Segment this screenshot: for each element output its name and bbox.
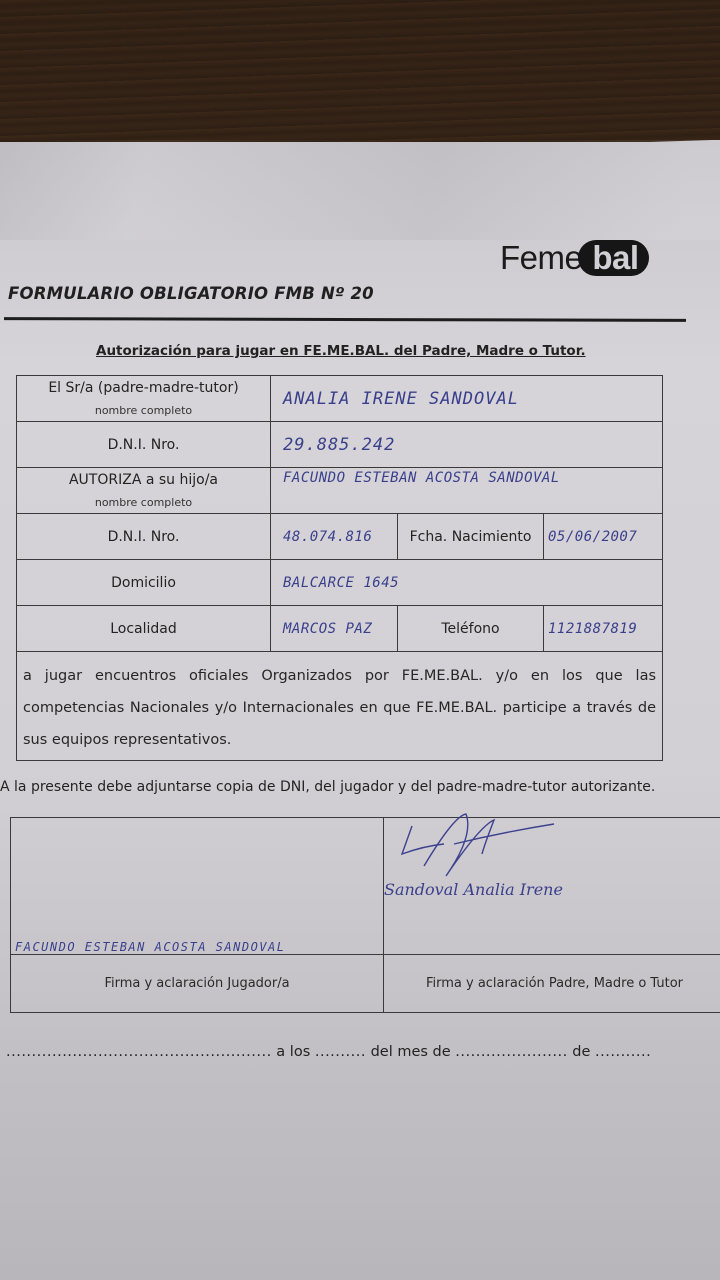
signature-row: FACUNDO ESTEBAN ACOSTA SANDOVAL Sandoval…: [11, 818, 720, 955]
signature-table: FACUNDO ESTEBAN ACOSTA SANDOVAL Sandoval…: [10, 817, 720, 1013]
child-name-sublabel: nombre completo: [17, 496, 270, 509]
locality-label: Localidad: [17, 606, 271, 652]
address-label: Domicilio: [17, 560, 271, 606]
birth-date-label: Fcha. Nacimiento: [398, 514, 544, 560]
form-title: FORMULARIO OBLIGATORIO FMB Nº 20: [8, 284, 374, 303]
parent-dni-label: D.N.I. Nro.: [17, 422, 271, 468]
address-field[interactable]: BALCARCE 1645: [271, 560, 663, 606]
form-subtitle: Autorización para jugar en FE.ME.BAL. de…: [96, 343, 586, 359]
child-dni-row: D.N.I. Nro. 48.074.816 Fcha. Nacimiento …: [17, 514, 663, 560]
date-line: ........................................…: [6, 1044, 651, 1060]
a-los-text: a los: [276, 1044, 310, 1060]
wood-table-background: [0, 0, 720, 145]
caption-row: Firma y aclaración Jugador/a Firma y acl…: [11, 955, 720, 1013]
locality-field[interactable]: MARCOS PAZ: [271, 606, 398, 652]
authorization-form-table: El Sr/a (padre-madre-tutor) nombre compl…: [16, 375, 663, 761]
phone-label: Teléfono: [398, 606, 544, 652]
authorization-text: a jugar encuentros oficiales Organizados…: [17, 652, 663, 761]
logo-pill: bal: [578, 240, 648, 276]
year-blank[interactable]: ...........: [595, 1044, 651, 1060]
parent-name-row: El Sr/a (padre-madre-tutor) nombre compl…: [17, 376, 663, 422]
child-name-row: AUTORIZA a su hijo/a nombre completo FAC…: [17, 468, 663, 514]
player-printed-name: FACUNDO ESTEBAN ACOSTA SANDOVAL: [15, 940, 285, 954]
femebal-logo: Femebal: [500, 238, 649, 278]
locality-row: Localidad MARCOS PAZ Teléfono 1121887819: [17, 606, 663, 652]
parent-signature-caption: Firma y aclaración Padre, Madre o Tutor: [384, 955, 720, 1013]
address-row: Domicilio BALCARCE 1645: [17, 560, 663, 606]
child-dni-label: D.N.I. Nro.: [17, 514, 271, 560]
player-signature-caption: Firma y aclaración Jugador/a: [11, 955, 384, 1013]
parent-signature-text: Sandoval Analia Irene: [384, 880, 563, 899]
player-signature-area[interactable]: FACUNDO ESTEBAN ACOSTA SANDOVAL: [11, 818, 384, 955]
del-mes-de-text: del mes de: [371, 1044, 451, 1060]
month-blank[interactable]: ......................: [455, 1044, 567, 1060]
child-name-label-cell: AUTORIZA a su hijo/a nombre completo: [17, 468, 271, 514]
phone-field[interactable]: 1121887819: [544, 606, 663, 652]
attachment-note: A la presente debe adjuntarse copia de D…: [0, 779, 655, 795]
parent-name-label: El Sr/a (padre-madre-tutor): [48, 380, 238, 396]
child-name-field[interactable]: FACUNDO ESTEBAN ACOSTA SANDOVAL: [271, 468, 663, 514]
birth-date-field[interactable]: 05/06/2007: [544, 514, 663, 560]
parent-signature-area[interactable]: Sandoval Analia Irene: [384, 818, 720, 955]
de-text: de: [572, 1044, 590, 1060]
logo-text: Feme: [500, 239, 582, 277]
parent-dni-field[interactable]: 29.885.242: [271, 422, 663, 468]
parent-dni-row: D.N.I. Nro. 29.885.242: [17, 422, 663, 468]
child-name-label: AUTORIZA a su hijo/a: [69, 472, 218, 488]
authorization-text-row: a jugar encuentros oficiales Organizados…: [17, 652, 663, 761]
signature-scribble-icon: [384, 806, 584, 886]
parent-name-field[interactable]: ANALIA IRENE SANDOVAL: [271, 376, 663, 422]
day-blank[interactable]: ..........: [315, 1044, 366, 1060]
parent-name-sublabel: nombre completo: [17, 404, 270, 417]
child-dni-field[interactable]: 48.074.816: [271, 514, 398, 560]
place-blank[interactable]: ........................................…: [6, 1044, 272, 1060]
parent-name-label-cell: El Sr/a (padre-madre-tutor) nombre compl…: [17, 376, 271, 422]
